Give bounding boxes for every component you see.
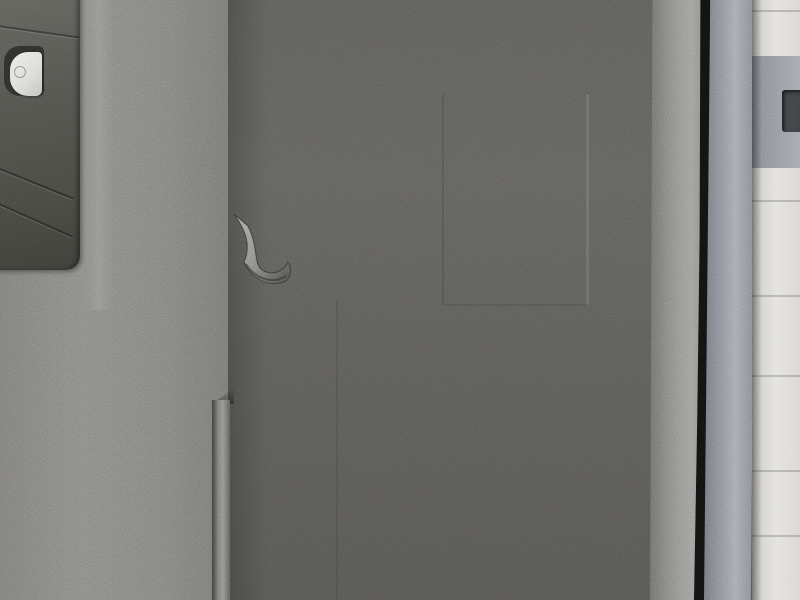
carpet-seam: [336, 300, 338, 600]
sill-latch-recess: [782, 90, 800, 132]
left-wall-ridge: [84, 0, 114, 310]
fabric-pull-strap[interactable]: [226, 210, 296, 296]
trim-groove: [0, 199, 73, 237]
trim-groove: [0, 164, 74, 200]
plastic-trim-panel: [0, 0, 80, 270]
embossed-carpet-panel: [442, 94, 589, 306]
car-trunk-photo: [0, 0, 800, 600]
trim-groove: [0, 24, 79, 39]
sill-shadow: [752, 0, 762, 600]
plastic-side-trim: [704, 0, 756, 600]
compartment-shadow: [228, 0, 268, 600]
release-button[interactable]: [10, 52, 42, 96]
circle-symbol-icon: [14, 66, 26, 78]
carpet-step-edge: [212, 400, 230, 600]
